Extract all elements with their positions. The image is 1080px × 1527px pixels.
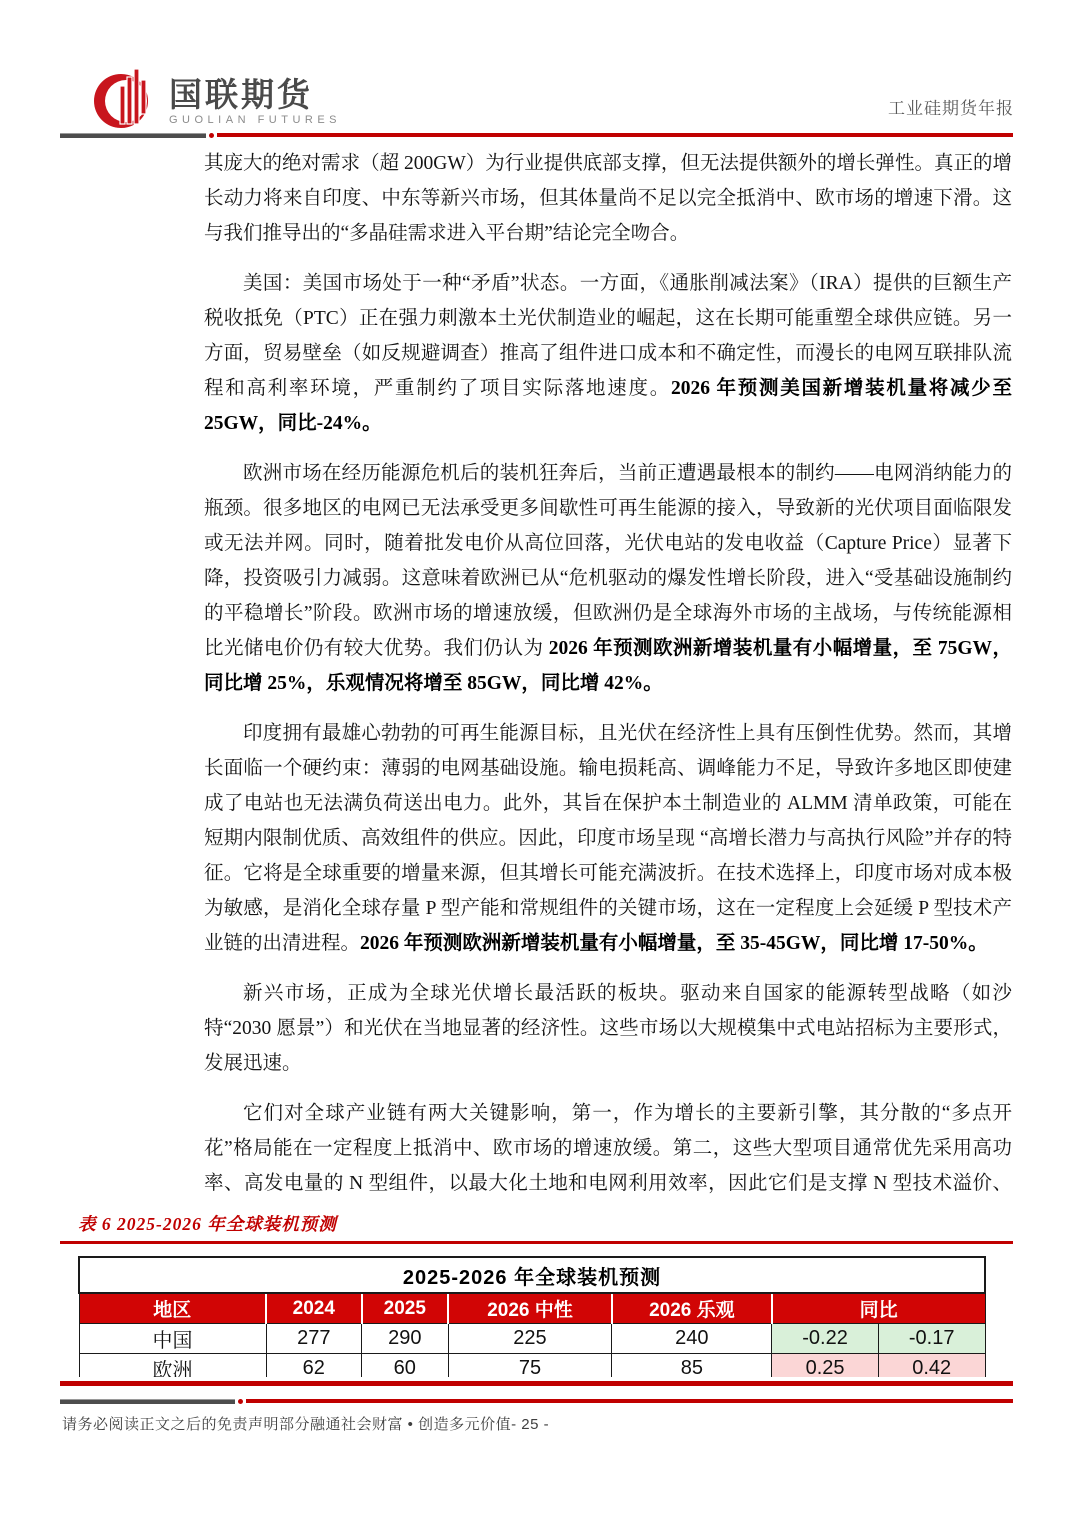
body-text: 它们对全球产业链有两大关键影响，第一，作为增长的主要新引擎，其分散的“多点开花”… (204, 1103, 1012, 1204)
body-text: 欧洲市场在经历能源危机后的装机狂奔后，当前正遭遇最根本的制约——电网消纳能力的瓶… (204, 463, 1012, 659)
yoy-cell: 0.25 (772, 1354, 879, 1378)
footer-text: 请务必阅读正文之后的免责声明部分融通社会财富 • 创造多元价值- 25 - (62, 1413, 549, 1434)
footer-page-number: - 25 - (511, 1416, 549, 1433)
report-type-label: 工业硅期货年报 (888, 94, 1014, 119)
caption-rule (60, 1241, 1013, 1244)
col-header-2026-optimistic: 2026 乐观 (612, 1293, 772, 1324)
divider-gray-segment (60, 133, 206, 138)
logo-en-name: GUOLIAN FUTURES (169, 114, 341, 126)
body-text: 新兴市场，正成为全球光伏增长最活跃的板块。驱动来自国家的能源转型战略（如沙特“2… (204, 983, 1012, 1074)
paragraph: 其庞大的绝对需求（超 200GW）为行业提供底部支撑，但无法提供额外的增长弹性。… (204, 146, 1012, 251)
body-text: 其庞大的绝对需求（超 200GW）为行业提供底部支撑，但无法提供额外的增长弹性。… (204, 153, 1012, 244)
logo: 国联期货 GUOLIAN FUTURES (93, 66, 341, 137)
report-page: 国联期货 GUOLIAN FUTURES 工业硅期货年报 其庞大的绝对需求（超 … (0, 0, 1080, 1527)
paragraph: 它们对全球产业链有两大关键影响，第一，作为增长的主要新引擎，其分散的“多点开花”… (204, 1096, 1012, 1204)
footer-divider (60, 1398, 1013, 1404)
value-cell: 277 (266, 1324, 362, 1354)
col-header-2024: 2024 (266, 1293, 362, 1324)
divider-dot (209, 133, 214, 138)
yoy-cell: -0.17 (878, 1324, 985, 1354)
region-cell: 欧洲 (79, 1354, 266, 1378)
footer-slogan: 融通社会财富 • 创造多元价值 (310, 1416, 511, 1433)
value-cell: 75 (448, 1354, 612, 1378)
paragraph: 欧洲市场在经历能源危机后的装机狂奔后，当前正遭遇最根本的制约——电网消纳能力的瓶… (204, 456, 1012, 701)
installation-forecast-table: 2025-2026 年全球装机预测 地区 2024 2025 2026 中性 2… (78, 1256, 986, 1377)
body-paragraphs: 其庞大的绝对需求（超 200GW）为行业提供底部支撑，但无法提供额外的增长弹性。… (204, 146, 1012, 1204)
guolian-logo-icon (93, 66, 157, 137)
table-header-row: 地区 2024 2025 2026 中性 2026 乐观 同比 (79, 1293, 985, 1324)
footer-disclaimer: 请务必阅读正文之后的免责声明部分 (62, 1416, 310, 1433)
forecast-highlight-text: 2026 年预测欧洲新增装机量有小幅增量，至 35-45GW，同比增 17-50… (360, 933, 988, 954)
col-header-region: 地区 (79, 1293, 266, 1324)
divider-gray-segment (60, 1399, 235, 1404)
value-cell: 62 (266, 1354, 362, 1378)
paragraph: 新兴市场，正成为全球光伏增长最活跃的板块。驱动来自国家的能源转型战略（如沙特“2… (204, 976, 1012, 1081)
table-bottom-rule (60, 1381, 1013, 1386)
paragraph: 印度拥有最雄心勃勃的可再生能源目标，且光伏在经济性上具有压倒性优势。然而，其增长… (204, 716, 1012, 961)
table-row: 欧洲626075850.250.42 (79, 1354, 985, 1378)
paragraph: 美国：美国市场处于一种“矛盾”状态。一方面，《通胀削减法案》（IRA）提供的巨额… (204, 266, 1012, 441)
value-cell: 60 (362, 1354, 448, 1378)
value-cell: 240 (612, 1324, 772, 1354)
yoy-cell: -0.22 (772, 1324, 879, 1354)
logo-text: 国联期货 GUOLIAN FUTURES (169, 77, 341, 126)
value-cell: 85 (612, 1354, 772, 1378)
forecast-table-wrap: 2025-2026 年全球装机预测 地区 2024 2025 2026 中性 2… (78, 1256, 986, 1377)
table-title: 2025-2026 年全球装机预测 (79, 1257, 985, 1293)
table-title-row: 2025-2026 年全球装机预测 (79, 1257, 985, 1293)
yoy-cell: 0.42 (878, 1354, 985, 1378)
table-caption: 表 6 2025-2026 年全球装机预测 (78, 1211, 337, 1236)
divider-red-segment (217, 133, 1013, 137)
body-text: 印度拥有最雄心勃勃的可再生能源目标，且光伏在经济性上具有压倒性优势。然而，其增长… (204, 723, 1012, 954)
value-cell: 225 (448, 1324, 612, 1354)
logo-cn-name: 国联期货 (169, 77, 341, 113)
col-header-2026-neutral: 2026 中性 (448, 1293, 612, 1324)
table-row: 中国277290225240-0.22-0.17 (79, 1324, 985, 1354)
divider-dot (238, 1399, 243, 1404)
col-header-2025: 2025 (362, 1293, 448, 1324)
col-header-yoy: 同比 (772, 1293, 985, 1324)
divider-red-segment (246, 1399, 1013, 1403)
region-cell: 中国 (79, 1324, 266, 1354)
value-cell: 290 (362, 1324, 448, 1354)
header-divider (60, 132, 1013, 138)
